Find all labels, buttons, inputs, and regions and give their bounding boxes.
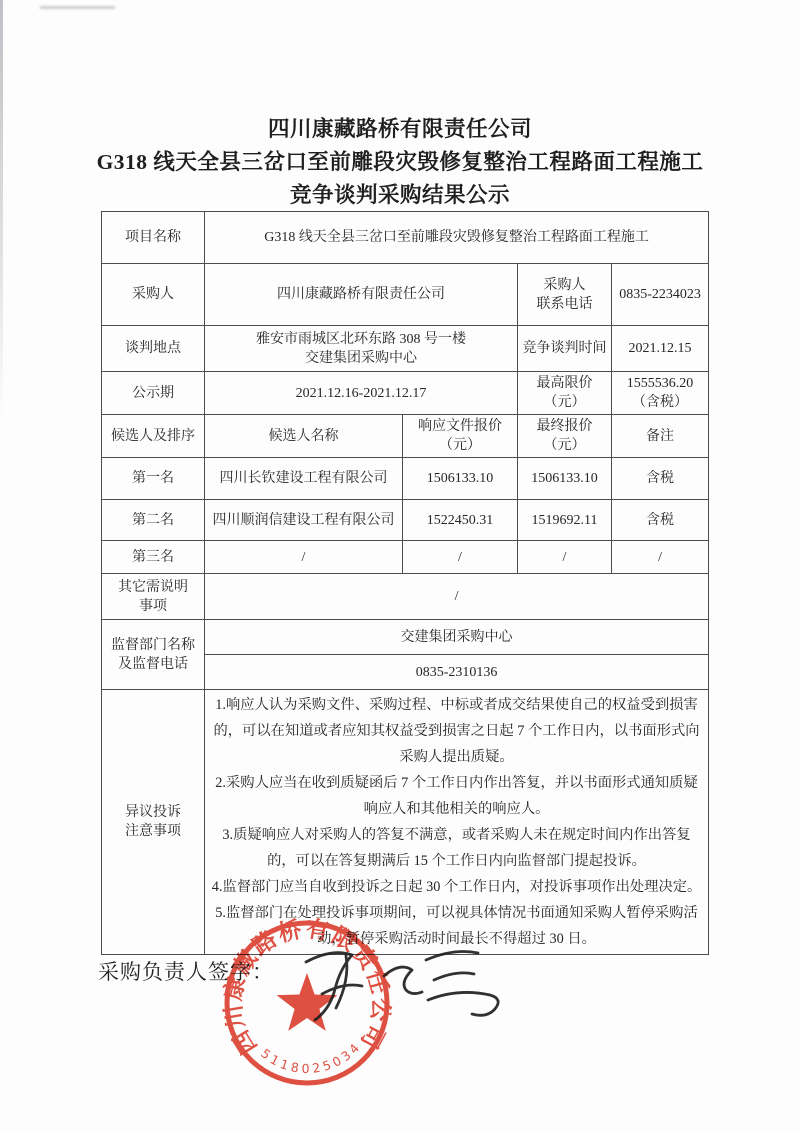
column-header-doc-price: 响应文件报价 （元） [403,415,518,458]
supervision-phone: 0835-2310136 [205,655,709,690]
company-title: 四川康藏路桥有限责任公司 [0,113,800,146]
announcement-title: 竞争谈判采购结果公示 [0,179,800,212]
candidate-note: 含税 [612,500,709,541]
candidate-final-price: / [518,541,612,574]
signature-label: 采购负责人签字： [98,956,274,986]
candidate-rank: 第一名 [102,458,205,500]
table-row: 监督部门名称 及监督电话 交建集团采购中心 [102,620,709,655]
candidate-row: 第二名 四川顺润信建设工程有限公司 1522450.31 1519692.11 … [102,500,709,541]
candidate-note: / [612,541,709,574]
objection-item: 1.响应人认为采购文件、采购过程、中标或者成交结果使自己的权益受到损害的，可以在… [209,692,704,770]
project-name-value: G318 线天全县三岔口至前雕段灾毁修复整治工程路面工程施工 [205,212,709,264]
project-name-label: 项目名称 [102,212,205,264]
publicity-period-label: 公示期 [102,372,205,415]
candidate-doc-price: 1506133.10 [403,458,518,500]
table-row: 谈判地点 雅安市雨城区北环东路 308 号一楼 交建集团采购中心 竞争谈判时间 … [102,326,709,372]
candidate-name: 四川长钦建设工程有限公司 [205,458,403,500]
venue-value: 雅安市雨城区北环东路 308 号一楼 交建集团采购中心 [205,326,518,372]
supervision-label: 监督部门名称 及监督电话 [102,620,205,690]
publicity-period-value: 2021.12.16-2021.12.17 [205,372,518,415]
objection-label: 异议投诉 注意事项 [102,690,205,955]
column-header-note: 备注 [612,415,709,458]
column-header-rank: 候选人及排序 [102,415,205,458]
supervision-name: 交建集团采购中心 [205,620,709,655]
candidate-note: 含税 [612,458,709,500]
column-header-name: 候选人名称 [205,415,403,458]
candidate-final-price: 1506133.10 [518,458,612,500]
purchaser-phone-value: 0835-2234023 [612,264,709,326]
candidate-doc-price: 1522450.31 [403,500,518,541]
procurement-result-table: 项目名称 G318 线天全县三岔口至前雕段灾毁修复整治工程路面工程施工 采购人 … [101,211,709,955]
project-title: G318 线天全县三岔口至前雕段灾毁修复整治工程路面工程施工 [0,146,800,179]
table-row: 公示期 2021.12.16-2021.12.17 最高限价 （元） 15555… [102,372,709,415]
candidate-row: 第三名 / / / / [102,541,709,574]
max-price-label: 最高限价 （元） [518,372,612,415]
candidate-name: 四川顺润信建设工程有限公司 [205,500,403,541]
candidate-row: 第一名 四川长钦建设工程有限公司 1506133.10 1506133.10 含… [102,458,709,500]
candidate-doc-price: / [403,541,518,574]
table-row: 其它需说明 事项 / [102,574,709,620]
objection-item: 3.质疑响应人对采购人的答复不满意，或者采购人未在规定时间内作出答复的，可以在答… [209,822,704,874]
candidates-header-row: 候选人及排序 候选人名称 响应文件报价 （元） 最终报价 （元） 备注 [102,415,709,458]
negotiation-time-value: 2021.12.15 [612,326,709,372]
objection-item: 4.监督部门应当自收到投诉之日起 30 个工作日内，对投诉事项作出处理决定。 [209,874,704,900]
candidate-final-price: 1519692.11 [518,500,612,541]
candidate-rank: 第三名 [102,541,205,574]
other-notes-label: 其它需说明 事项 [102,574,205,620]
purchaser-phone-label: 采购人 联系电话 [518,264,612,326]
candidate-rank: 第二名 [102,500,205,541]
table-row: 项目名称 G318 线天全县三岔口至前雕段灾毁修复整治工程路面工程施工 [102,212,709,264]
handwritten-signature [288,932,518,1027]
other-notes-value: / [205,574,709,620]
purchaser-value: 四川康藏路桥有限责任公司 [205,264,518,326]
objection-item: 2.采购人应当在收到质疑函后 7 个工作日内作出答复，并以书面形式通知质疑响应人… [209,770,704,822]
scan-smudge-artifact [40,6,115,9]
table-row: 采购人 四川康藏路桥有限责任公司 采购人 联系电话 0835-2234023 [102,264,709,326]
venue-label: 谈判地点 [102,326,205,372]
max-price-value: 1555536.20 （含税） [612,372,709,415]
document-title-block: 四川康藏路桥有限责任公司 G318 线天全县三岔口至前雕段灾毁修复整治工程路面工… [0,113,800,212]
candidate-name: / [205,541,403,574]
scanned-document-page: 四川康藏路桥有限责任公司 G318 线天全县三岔口至前雕段灾毁修复整治工程路面工… [0,0,800,1131]
purchaser-label: 采购人 [102,264,205,326]
negotiation-time-label: 竞争谈判时间 [518,326,612,372]
objection-row: 异议投诉 注意事项 1.响应人认为采购文件、采购过程、中标或者成交结果使自己的权… [102,690,709,955]
column-header-final-price: 最终报价 （元） [518,415,612,458]
